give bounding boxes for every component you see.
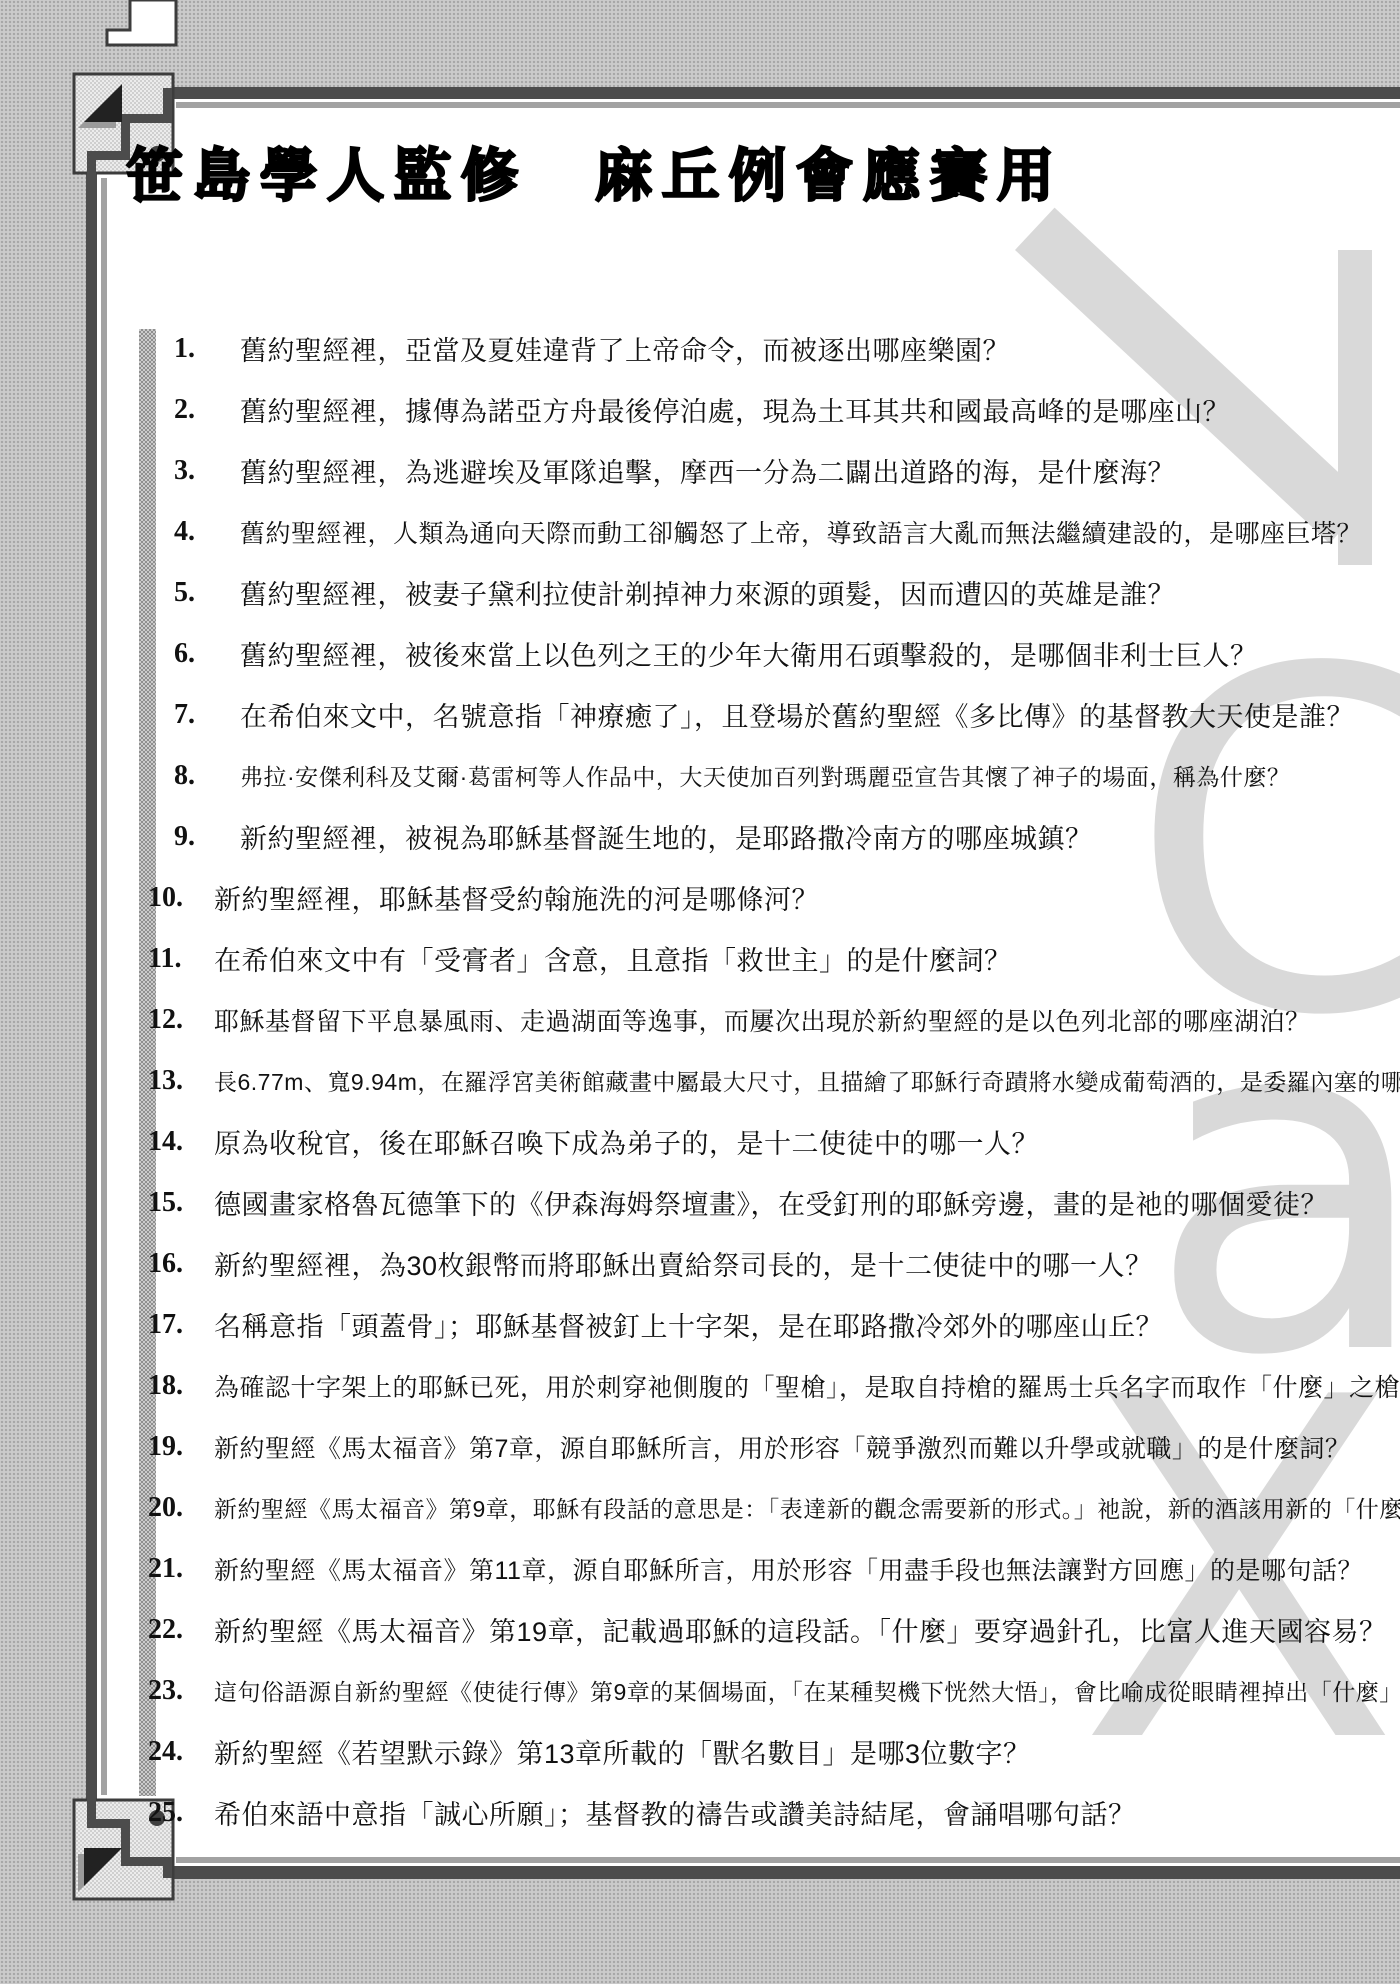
- question-text: 舊約聖經裡，被後來當上以色列之王的少年大衛用石頭擊殺的，是哪個非利士巨人？: [240, 634, 1258, 673]
- question-row: 11. 在希伯來文中有「受膏者」含意，且意指「救世主」的是什麼詞？: [148, 928, 1288, 989]
- question-row: 2. 舊約聖經裡，據傳為諾亞方舟最後停泊處，現為土耳其共和國最高峰的是哪座山？: [148, 379, 1288, 440]
- question-number: 11.: [148, 943, 202, 975]
- question-text: 新約聖經裡，被視為耶穌基督誕生地的，是耶路撒冷南方的哪座城鎮？: [240, 817, 1093, 856]
- question-number: 23.: [148, 1675, 202, 1707]
- question-number: 3.: [148, 455, 228, 487]
- question-text: 舊約聖經裡，被妻子黛利拉使計剃掉神力來源的頭髮，因而遭囚的英雄是誰？: [240, 573, 1175, 612]
- question-row: 6. 舊約聖經裡，被後來當上以色列之王的少年大衛用石頭擊殺的，是哪個非利士巨人？: [148, 623, 1288, 684]
- question-text: 這句俗語源自新約聖經《使徒行傳》第9章的某個場面，「在某種契機下恍然大悟」，會比…: [214, 1674, 1400, 1707]
- question-row: 21. 新約聖經《馬太福音》第11章，源自耶穌所言，用於形容「用盡手段也無法讓對…: [148, 1538, 1288, 1599]
- question-text: 名稱意指「頭蓋骨」；耶穌基督被釘上十字架，是在耶路撒冷郊外的哪座山丘？: [214, 1305, 1163, 1344]
- question-text: 新約聖經裡，耶穌基督受約翰施洗的河是哪條河？: [214, 878, 819, 917]
- question-text: 新約聖經《馬太福音》第11章，源自耶穌所言，用於形容「用盡手段也無法讓對方回應」…: [214, 1551, 1363, 1587]
- question-number: 9.: [148, 821, 228, 853]
- question-row: 12. 耶穌基督留下平息暴風雨、走過湖面等逸事，而屢次出現於新約聖經的是以色列北…: [148, 989, 1288, 1050]
- page-background: { "page": { "title": "笹島學人監修 麻丘例會應賽用" },…: [0, 0, 1400, 1984]
- question-number: 22.: [148, 1614, 202, 1646]
- question-row: 13. 長6.77m、寬9.94m，在羅浮宮美術館藏畫中屬最大尺寸，且描繪了耶穌…: [148, 1050, 1288, 1111]
- question-row: 20. 新約聖經《馬太福音》第9章，耶穌有段話的意思是：「表達新的觀念需要新的形…: [148, 1477, 1288, 1538]
- question-text: 為確認十字架上的耶穌已死，用於刺穿祂側腹的「聖槍」，是取自持槍的羅馬士兵名字而取…: [214, 1368, 1400, 1404]
- question-text: 長6.77m、寬9.94m，在羅浮宮美術館藏畫中屬最大尺寸，且描繪了耶穌行奇蹟將…: [214, 1064, 1400, 1097]
- question-number: 5.: [148, 577, 228, 609]
- question-list: 1. 舊約聖經裡，亞當及夏娃違背了上帝命令，而被逐出哪座樂園？ 2. 舊約聖經裡…: [148, 318, 1288, 1843]
- question-text: 弗拉·安傑利科及艾爾·葛雷柯等人作品中，大天使加百列對瑪麗亞宣告其懷了神子的場面…: [240, 759, 1290, 792]
- question-number: 7.: [148, 699, 228, 731]
- question-row: 23. 這句俗語源自新約聖經《使徒行傳》第9章的某個場面，「在某種契機下恍然大悟…: [148, 1660, 1288, 1721]
- question-number: 14.: [148, 1126, 202, 1158]
- question-number: 15.: [148, 1187, 202, 1219]
- question-text: 在希伯來文中有「受膏者」含意，且意指「救世主」的是什麼詞？: [214, 939, 1012, 978]
- quiz-sheet: 笹島學人監修 麻丘例會應賽用 1. 舊約聖經裡，亞當及夏娃違背了上帝命令，而被逐…: [0, 0, 1400, 1984]
- question-number: 16.: [148, 1248, 202, 1280]
- question-text: 新約聖經《馬太福音》第7章，源自耶穌所言，用於形容「競爭激烈而難以升學或就職」的…: [214, 1429, 1350, 1465]
- question-number: 17.: [148, 1309, 202, 1341]
- question-text: 新約聖經《馬太福音》第9章，耶穌有段話的意思是：「表達新的觀念需要新的形式。」祂…: [214, 1491, 1400, 1524]
- question-text: 舊約聖經裡，亞當及夏娃違背了上帝命令，而被逐出哪座樂園？: [240, 329, 1010, 368]
- question-number: 21.: [148, 1553, 202, 1585]
- question-row: 15. 德國畫家格魯瓦德筆下的《伊森海姆祭壇畫》，在受釘刑的耶穌旁邊，畫的是祂的…: [148, 1172, 1288, 1233]
- question-row: 9. 新約聖經裡，被視為耶穌基督誕生地的，是耶路撒冷南方的哪座城鎮？: [148, 806, 1288, 867]
- question-number: 12.: [148, 1004, 202, 1036]
- question-text: 舊約聖經裡，據傳為諾亞方舟最後停泊處，現為土耳其共和國最高峰的是哪座山？: [240, 390, 1230, 429]
- question-text: 舊約聖經裡，為逃避埃及軍隊追擊，摩西一分為二闢出道路的海，是什麼海？: [240, 451, 1175, 490]
- question-number: 19.: [148, 1431, 202, 1463]
- question-row: 4. 舊約聖經裡，人類為通向天際而動工卻觸怒了上帝，導致語言大亂而無法繼續建設的…: [148, 501, 1288, 562]
- question-text: 耶穌基督留下平息暴風雨、走過湖面等逸事，而屢次出現於新約聖經的是以色列北部的哪座…: [214, 1002, 1311, 1038]
- question-row: 16. 新約聖經裡，為30枚銀幣而將耶穌出賣給祭司長的，是十二使徒中的哪一人？: [148, 1233, 1288, 1294]
- question-text: 原為收稅官，後在耶穌召喚下成為弟子的，是十二使徒中的哪一人？: [214, 1122, 1039, 1161]
- question-text: 在希伯來文中，名號意指「神療癒了」，且登場於舊約聖經《多比傳》的基督教大天使是誰…: [240, 695, 1354, 734]
- question-row: 18. 為確認十字架上的耶穌已死，用於刺穿祂側腹的「聖槍」，是取自持槍的羅馬士兵…: [148, 1355, 1288, 1416]
- page-title: 笹島學人監修 麻丘例會應賽用: [126, 130, 1064, 212]
- question-number: 1.: [148, 333, 228, 365]
- question-text: 德國畫家格魯瓦德筆下的《伊森海姆祭壇畫》，在受釘刑的耶穌旁邊，畫的是祂的哪個愛徒…: [214, 1183, 1328, 1222]
- question-number: 20.: [148, 1492, 202, 1524]
- question-row: 14. 原為收稅官，後在耶穌召喚下成為弟子的，是十二使徒中的哪一人？: [148, 1111, 1288, 1172]
- question-row: 25. 希伯來語中意指「誠心所願」；基督教的禱告或讚美詩結尾，會誦唱哪句話？: [148, 1782, 1288, 1843]
- question-row: 3. 舊約聖經裡，為逃避埃及軍隊追擊，摩西一分為二闢出道路的海，是什麼海？: [148, 440, 1288, 501]
- question-row: 7. 在希伯來文中，名號意指「神療癒了」，且登場於舊約聖經《多比傳》的基督教大天…: [148, 684, 1288, 745]
- question-text: 希伯來語中意指「誠心所願」；基督教的禱告或讚美詩結尾，會誦唱哪句話？: [214, 1793, 1136, 1832]
- question-row: 17. 名稱意指「頭蓋骨」；耶穌基督被釘上十字架，是在耶路撒冷郊外的哪座山丘？: [148, 1294, 1288, 1355]
- question-number: 13.: [148, 1065, 202, 1097]
- question-number: 4.: [148, 516, 228, 548]
- question-row: 10. 新約聖經裡，耶穌基督受約翰施洗的河是哪條河？: [148, 867, 1288, 928]
- question-number: 18.: [148, 1370, 202, 1402]
- question-text: 新約聖經裡，為30枚銀幣而將耶穌出賣給祭司長的，是十二使徒中的哪一人？: [214, 1244, 1153, 1283]
- question-number: 2.: [148, 394, 228, 426]
- question-row: 19. 新約聖經《馬太福音》第7章，源自耶穌所言，用於形容「競爭激烈而難以升學或…: [148, 1416, 1288, 1477]
- question-number: 10.: [148, 882, 202, 914]
- question-number: 25.: [148, 1797, 202, 1829]
- question-number: 6.: [148, 638, 228, 670]
- question-row: 8. 弗拉·安傑利科及艾爾·葛雷柯等人作品中，大天使加百列對瑪麗亞宣告其懷了神子…: [148, 745, 1288, 806]
- question-number: 8.: [148, 760, 228, 792]
- question-text: 新約聖經《若望默示錄》第13章所載的「獸名數目」是哪3位數字？: [214, 1732, 1031, 1771]
- question-row: 24. 新約聖經《若望默示錄》第13章所載的「獸名數目」是哪3位數字？: [148, 1721, 1288, 1782]
- question-text: 新約聖經《馬太福音》第19章，記載過耶穌的這段話。「什麼」要穿過針孔，比富人進天…: [214, 1610, 1387, 1649]
- question-row: 1. 舊約聖經裡，亞當及夏娃違背了上帝命令，而被逐出哪座樂園？: [148, 318, 1288, 379]
- question-row: 22. 新約聖經《馬太福音》第19章，記載過耶穌的這段話。「什麼」要穿過針孔，比…: [148, 1599, 1288, 1660]
- question-row: 5. 舊約聖經裡，被妻子黛利拉使計剃掉神力來源的頭髮，因而遭囚的英雄是誰？: [148, 562, 1288, 623]
- question-number: 24.: [148, 1736, 202, 1768]
- question-text: 舊約聖經裡，人類為通向天際而動工卻觸怒了上帝，導致語言大亂而無法繼續建設的，是哪…: [240, 514, 1362, 550]
